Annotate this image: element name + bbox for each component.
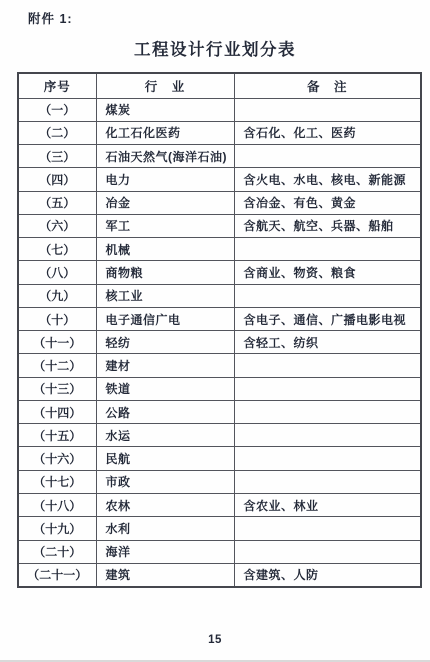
cell-serial-no: （十八）: [18, 494, 96, 517]
table-row: （八） 商物粮 含商业、物资、粮食: [18, 261, 421, 284]
cell-industry: 农林: [96, 494, 234, 517]
header-cell-no: 序号: [18, 73, 96, 98]
cell-remark: [234, 540, 421, 563]
cell-serial-no: （四）: [18, 168, 96, 191]
cell-industry: 军工: [96, 214, 234, 237]
cell-remark: [234, 238, 421, 261]
page-number: 15: [0, 634, 430, 646]
cell-serial-no: （十）: [18, 307, 96, 330]
cell-serial-no: （二十一）: [18, 563, 96, 586]
cell-remark: [234, 447, 421, 470]
table-row: （二十一） 建筑 含建筑、人防: [18, 563, 421, 586]
cell-remark: [234, 284, 421, 307]
table-row: （十九） 水利: [18, 517, 421, 540]
cell-industry: 水运: [96, 424, 234, 447]
table-row: （十） 电子通信广电 含电子、通信、广播电影电视: [18, 307, 421, 330]
industry-table: 序号 行 业 备 注 （一） 煤炭 （二） 化工石化医药 含石化、化工、医药 （…: [17, 72, 422, 588]
table-row: （十六） 民航: [18, 447, 421, 470]
cell-industry: 核工业: [96, 284, 234, 307]
cell-remark: [234, 377, 421, 400]
cell-remark: 含石化、化工、医药: [234, 121, 421, 144]
cell-remark: 含电子、通信、广播电影电视: [234, 307, 421, 330]
table-row: （二十） 海洋: [18, 540, 421, 563]
document-page: 附件 1: 工程设计行业划分表 序号 行 业 备 注 （一） 煤炭 （二） 化工…: [0, 0, 430, 662]
table-row: （十三） 铁道: [18, 377, 421, 400]
cell-serial-no: （十五）: [18, 424, 96, 447]
table-row: （十八） 农林 含农业、林业: [18, 494, 421, 517]
cell-remark: [234, 354, 421, 377]
cell-remark: 含建筑、人防: [234, 563, 421, 586]
cell-serial-no: （八）: [18, 261, 96, 284]
cell-industry: 冶金: [96, 191, 234, 214]
cell-industry: 煤炭: [96, 98, 234, 121]
cell-industry: 机械: [96, 238, 234, 261]
cell-serial-no: （十四）: [18, 400, 96, 423]
cell-serial-no: （十二）: [18, 354, 96, 377]
cell-industry: 铁道: [96, 377, 234, 400]
cell-industry: 建材: [96, 354, 234, 377]
cell-serial-no: （五）: [18, 191, 96, 214]
table-header-row: 序号 行 业 备 注: [18, 73, 421, 98]
cell-industry: 民航: [96, 447, 234, 470]
cell-industry: 水利: [96, 517, 234, 540]
cell-remark: [234, 98, 421, 121]
table-row: （十二） 建材: [18, 354, 421, 377]
page-title: 工程设计行业划分表: [0, 36, 430, 60]
table-body: （一） 煤炭 （二） 化工石化医药 含石化、化工、医药 （三） 石油天然气(海洋…: [18, 98, 421, 587]
cell-serial-no: （十六）: [18, 447, 96, 470]
cell-serial-no: （十九）: [18, 517, 96, 540]
attachment-label: 附件 1:: [28, 9, 73, 27]
table-row: （五） 冶金 含冶金、有色、黄金: [18, 191, 421, 214]
cell-remark: 含轻工、纺织: [234, 331, 421, 354]
cell-industry: 商物粮: [96, 261, 234, 284]
table-row: （一） 煤炭: [18, 98, 421, 121]
cell-industry: 市政: [96, 470, 234, 493]
cell-remark: 含火电、水电、核电、新能源: [234, 168, 421, 191]
cell-serial-no: （十一）: [18, 331, 96, 354]
cell-remark: 含商业、物资、粮食: [234, 261, 421, 284]
cell-serial-no: （一）: [18, 98, 96, 121]
table-row: （十一） 轻纺 含轻工、纺织: [18, 331, 421, 354]
table-row: （二） 化工石化医药 含石化、化工、医药: [18, 121, 421, 144]
cell-serial-no: （二）: [18, 121, 96, 144]
cell-remark: 含农业、林业: [234, 494, 421, 517]
cell-industry: 海洋: [96, 540, 234, 563]
cell-remark: 含冶金、有色、黄金: [234, 191, 421, 214]
table-row: （十四） 公路: [18, 400, 421, 423]
cell-remark: [234, 400, 421, 423]
cell-industry: 公路: [96, 400, 234, 423]
cell-serial-no: （二十）: [18, 540, 96, 563]
cell-industry: 建筑: [96, 563, 234, 586]
table-row: （九） 核工业: [18, 284, 421, 307]
header-cell-remark: 备 注: [234, 73, 421, 98]
cell-remark: [234, 424, 421, 447]
cell-remark: [234, 517, 421, 540]
header-cell-industry: 行 业: [96, 73, 234, 98]
table-row: （六） 军工 含航天、航空、兵器、船舶: [18, 214, 421, 237]
cell-industry: 轻纺: [96, 331, 234, 354]
cell-industry: 电子通信广电: [96, 307, 234, 330]
cell-remark: [234, 470, 421, 493]
table-row: （十五） 水运: [18, 424, 421, 447]
cell-serial-no: （九）: [18, 284, 96, 307]
cell-industry: 化工石化医药: [96, 121, 234, 144]
cell-serial-no: （七）: [18, 238, 96, 261]
cell-remark: [234, 145, 421, 168]
cell-serial-no: （三）: [18, 145, 96, 168]
cell-serial-no: （十三）: [18, 377, 96, 400]
cell-serial-no: （六）: [18, 214, 96, 237]
table-row: （七） 机械: [18, 238, 421, 261]
cell-industry: 电力: [96, 168, 234, 191]
table-row: （三） 石油天然气(海洋石油): [18, 145, 421, 168]
cell-serial-no: （十七）: [18, 470, 96, 493]
cell-remark: 含航天、航空、兵器、船舶: [234, 214, 421, 237]
table-row: （十七） 市政: [18, 470, 421, 493]
table-row: （四） 电力 含火电、水电、核电、新能源: [18, 168, 421, 191]
cell-industry: 石油天然气(海洋石油): [96, 145, 234, 168]
